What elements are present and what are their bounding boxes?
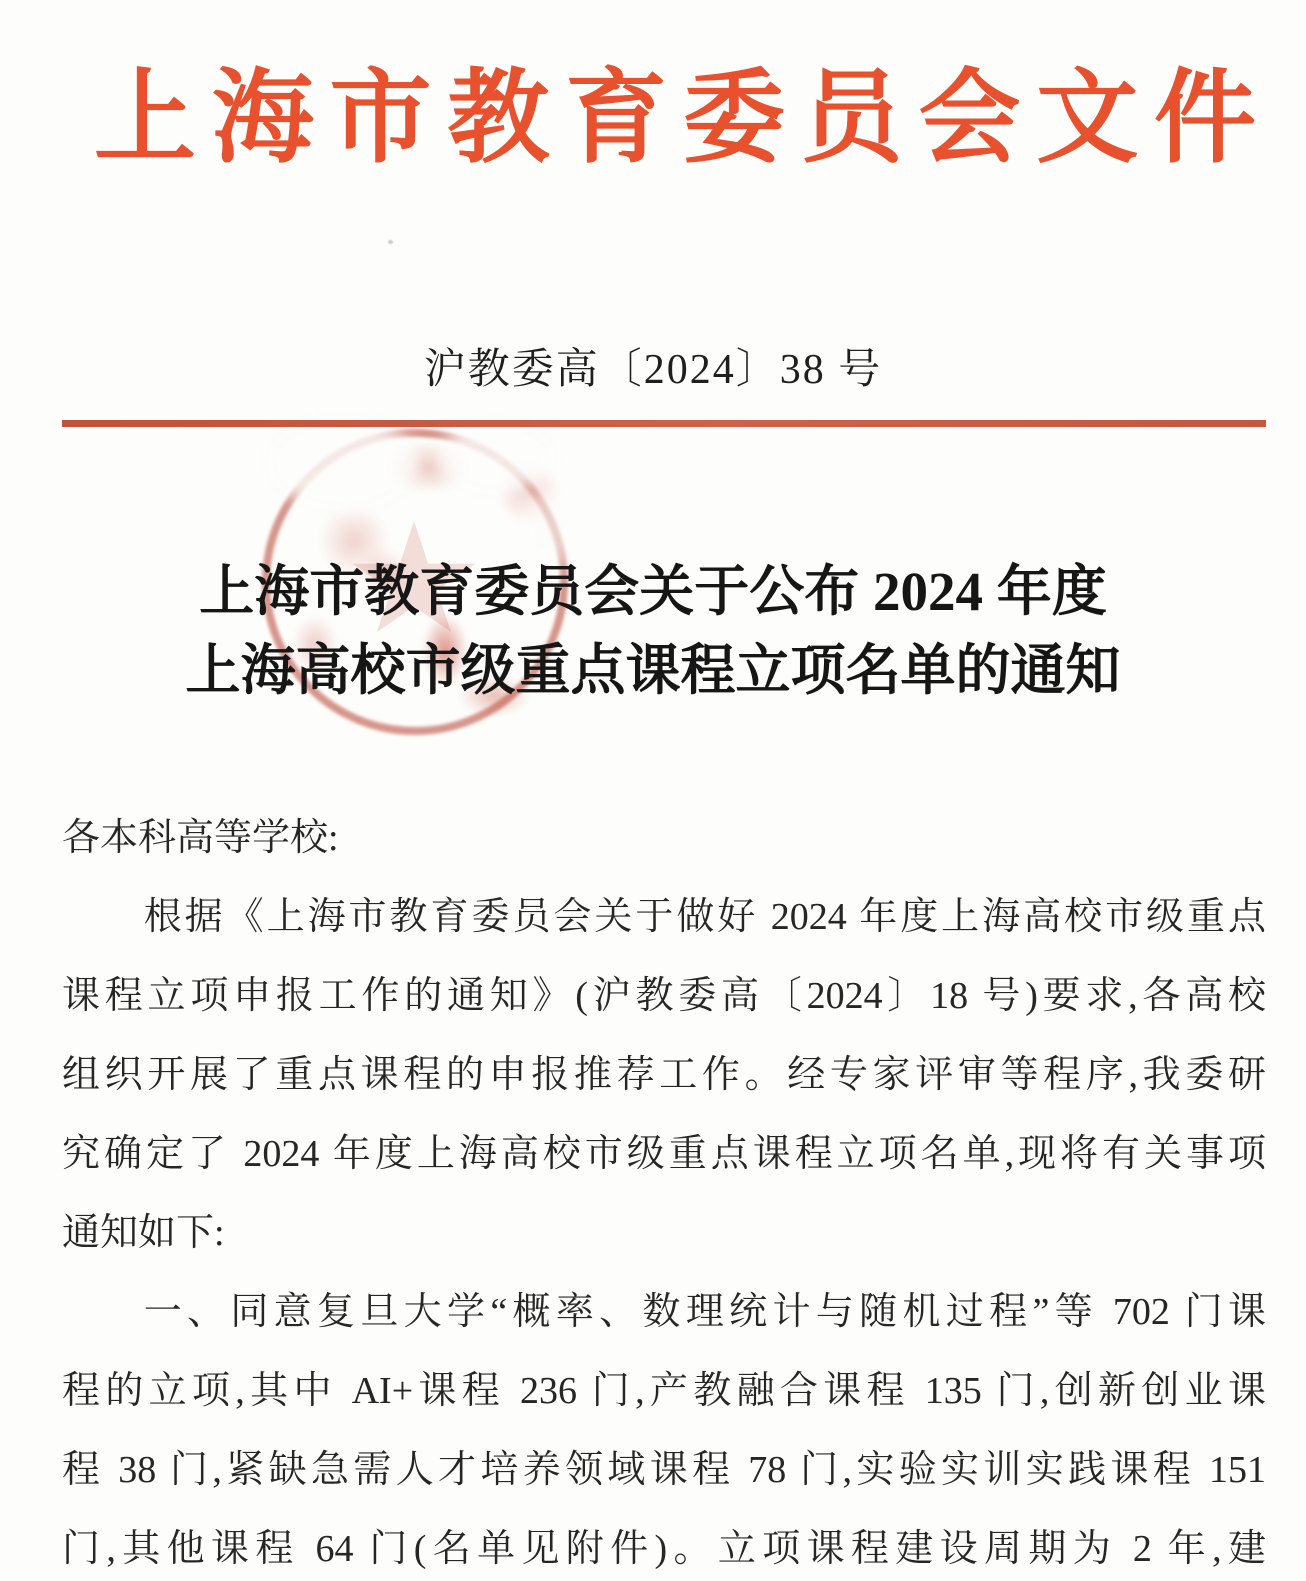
body-line: 究确定了 2024 年度上海高校市级重点课程立项名单,现将有关事项 bbox=[62, 1115, 1266, 1194]
seal-fade-patch bbox=[268, 417, 418, 509]
body-line: 门,其他课程 64 门(名单见附件)。立项课程建设周期为 2 年,建 bbox=[62, 1510, 1266, 1581]
body-line: 程 38 门,紧缺急需人才培养领域课程 78 门,实验实训实践课程 151 bbox=[62, 1431, 1266, 1510]
document-page: 上海市教育委员会文件 沪教委高〔2024〕38 号 上海市教育委员会关于公布 2… bbox=[0, 0, 1306, 1581]
body-line: 课程立项申报工作的通知》(沪教委高〔2024〕18 号)要求,各高校 bbox=[62, 957, 1266, 1036]
title-line-2: 上海高校市级重点课程立项名单的通知 bbox=[0, 631, 1306, 710]
document-title: 上海市教育委员会关于公布 2024 年度 上海高校市级重点课程立项名单的通知 bbox=[0, 552, 1306, 710]
document-body: 各本科高等学校: 根据《上海市教育委员会关于做好 2024 年度上海高校市级重点… bbox=[62, 799, 1266, 1581]
body-line: 组织开展了重点课程的申报推荐工作。经专家评审等程序,我委研 bbox=[62, 1036, 1266, 1115]
seal-fade-patch bbox=[438, 421, 554, 493]
title-line-1: 上海市教育委员会关于公布 2024 年度 bbox=[0, 552, 1306, 631]
body-line-salutation: 各本科高等学校: bbox=[62, 799, 1266, 878]
body-line: 程的立项,其中 AI+课程 236 门,产教融合课程 135 门,创新创业课 bbox=[62, 1352, 1266, 1431]
body-line: 通知如下: bbox=[62, 1194, 1266, 1273]
letterhead-banner: 上海市教育委员会文件 bbox=[94, 56, 1256, 186]
doc-number: 沪教委高〔2024〕38 号 bbox=[0, 336, 1306, 396]
body-line: 一、同意复旦大学“概率、数理统计与随机过程”等 702 门课 bbox=[62, 1273, 1266, 1352]
red-separator-rule bbox=[62, 420, 1266, 427]
scan-artifact-dot bbox=[388, 240, 393, 244]
body-line: 根据《上海市教育委员会关于做好 2024 年度上海高校市级重点 bbox=[62, 878, 1266, 957]
